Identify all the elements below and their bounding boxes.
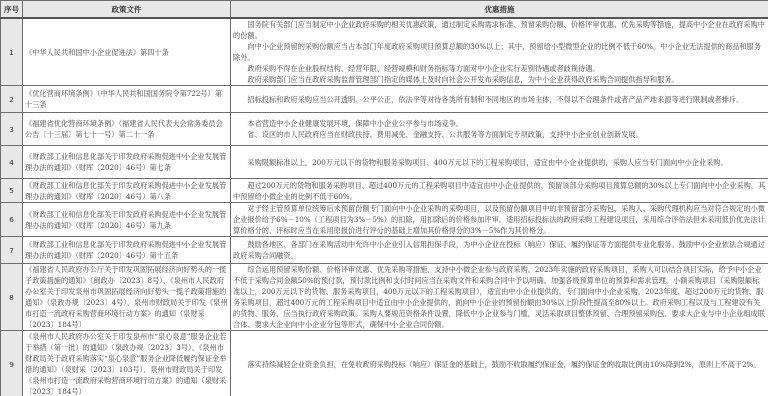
row-policy-document: 《优化营商环境条例》（中华人民共和国国务院令第722号）第十三条 xyxy=(23,86,231,113)
row-measures: 对于经主管预算单位统筹后未预留份额专门面向中小企业采购的采购项目，以及预留份额项… xyxy=(231,203,768,237)
row-measures: 落实持续减轻企业资金负担，在免收政府采购投标（响应）保证金的基础上，鼓励不收取履… xyxy=(231,331,768,396)
row-policy-document: 《福建省优化营商环境条例》（福建省人民代表大会常务委员会公告〔十三届〕第七十一号… xyxy=(23,113,231,146)
row-measures: 本省营造中小企业健康发展环境，保障中小企业公平参与市场竞争。 省、设区的市人民政… xyxy=(231,113,768,146)
row-seq: 4 xyxy=(1,146,23,179)
row-policy-document: 《中华人民共和国中小企业促进法》第四十条 xyxy=(23,18,231,86)
row-policy-document: 《福建省人民政府办公厅关于印发巩固拓展经济向好势头的一揽子政策措施的通知》（闽政… xyxy=(23,264,231,331)
table-row: 1 《中华人民共和国中小企业促进法》第四十条 国务院有关部门应当制定中小企业政府… xyxy=(1,18,768,86)
row-seq: 2 xyxy=(1,86,23,113)
row-measures: 采购限额标准以上，200万元以下的货物和服务采购项目、400万元以下的工程采购项… xyxy=(231,146,768,179)
policy-table: 序号 政策文件 优惠措施 1 《中华人民共和国中小企业促进法》第四十条 国务院有… xyxy=(0,0,768,396)
row-policy-document: 《财政部工业和信息化部关于印发政府采购促进中小企业发展管理办法的通知》（财库〔2… xyxy=(23,237,231,264)
row-policy-document: 《财政部工业和信息化部关于印发政府采购促进中小企业发展管理办法的通知》（财库〔2… xyxy=(23,146,231,179)
row-measures: 鼓励各地区、各部门在采购活动中允许中小企业引入信用担保手段，为中小企业在投标（响… xyxy=(231,237,768,264)
row-measures: 国务院有关部门应当制定中小企业政府采购的相关优惠政策，通过制定采购需求标准、预留… xyxy=(231,18,768,86)
measure-paragraph: 招标投标和政府采购应当公开透明、公平公正，依法平等对待各类所有制和不同地区的市场… xyxy=(233,94,766,105)
table-row: 2 《优化营商环境条例》（中华人民共和国国务院令第722号）第十三条 招标投标和… xyxy=(1,86,768,113)
row-seq: 1 xyxy=(1,18,23,86)
row-measures: 综合运用预留采购份额、价格评审优惠、优先采购等措施，支持中小微企业参与政府采购。… xyxy=(231,264,768,331)
table-row: 8 《福建省人民政府办公厅关于印发巩固拓展经济向好势头的一揽子政策措施的通知》（… xyxy=(1,264,768,331)
row-measures: 超过200万元的货物和服务采购项目、超过400万元的工程采购项目中适宜由中小企业… xyxy=(231,179,768,203)
row-measures: 招标投标和政府采购应当公开透明、公平公正，依法平等对待各类所有制和不同地区的市场… xyxy=(231,86,768,113)
measure-paragraph: 省、设区的市人民政府应当在财政扶持、费用减免、金融支持、公共服务等方面制定专项政… xyxy=(233,129,766,140)
table-header-row: 序号 政策文件 优惠措施 xyxy=(1,1,768,19)
header-seq: 序号 xyxy=(1,1,23,19)
table-row: 7 《财政部工业和信息化部关于印发政府采购促进中小企业发展管理办法的通知》（财库… xyxy=(1,237,768,264)
measure-paragraph: 超过200万元的货物和服务采购项目、超过400万元的工程采购项目中适宜由中小企业… xyxy=(233,180,766,202)
table-row: 3 《福建省优化营商环境条例》（福建省人民代表大会常务委员会公告〔十三届〕第七十… xyxy=(1,113,768,146)
header-policy-document: 政策文件 xyxy=(23,1,231,19)
measure-paragraph: 对于经主管预算单位统筹后未预留份额专门面向中小企业采购的采购项目，以及预留份额项… xyxy=(233,203,766,236)
row-seq: 9 xyxy=(1,331,23,396)
row-seq: 3 xyxy=(1,113,23,146)
row-policy-document: 《泉州市人民政府办公室关于印发泉州市“泉心泉意”服务企业若干举措（第一批）的通知… xyxy=(23,331,231,396)
row-seq: 5 xyxy=(1,179,23,203)
row-policy-document: 《财政部工业和信息化部关于印发政府采购促进中小企业发展管理办法的通知》（财库〔2… xyxy=(23,203,231,237)
measure-paragraph: 向中小企业预留的采购份额应当占本部门年度政府采购项目预算总额的30%以上；其中，… xyxy=(233,41,766,63)
measure-paragraph: 采购限额标准以上，200万元以下的货物和服务采购项目、400万元以下的工程采购项… xyxy=(233,157,766,168)
table-row: 5 《财政部工业和信息化部关于印发政府采购促进中小企业发展管理办法的通知》（财库… xyxy=(1,179,768,203)
measure-paragraph: 政府采购不得在企业股权结构、经营年限、经营规模和财务指标等方面对中小企业实行差别… xyxy=(233,63,766,74)
table-row: 9 《泉州市人民政府办公室关于印发泉州市“泉心泉意”服务企业若干举措（第一批）的… xyxy=(1,331,768,396)
header-preferential-measures: 优惠措施 xyxy=(231,1,768,19)
measure-paragraph: 落实持续减轻企业资金负担，在免收政府采购投标（响应）保证金的基础上，鼓励不收取履… xyxy=(233,359,766,370)
row-seq: 6 xyxy=(1,203,23,237)
measure-paragraph: 政府采购部门应当在政府采购监督管理部门指定的媒体上及时向社会公开发布采购信息，为… xyxy=(233,74,766,85)
measure-paragraph: 国务院有关部门应当制定中小企业政府采购的相关优惠政策，通过制定采购需求标准、预留… xyxy=(233,19,766,41)
row-seq: 8 xyxy=(1,264,23,331)
measure-paragraph: 本省营造中小企业健康发展环境，保障中小企业公平参与市场竞争。 xyxy=(233,118,766,129)
table-row: 4 《财政部工业和信息化部关于印发政府采购促进中小企业发展管理办法的通知》（财库… xyxy=(1,146,768,179)
measure-paragraph: 综合运用预留采购份额、价格评审优惠、优先采购等措施，支持中小微企业参与政府采购。… xyxy=(233,264,766,330)
measure-paragraph: 鼓励各地区、各部门在采购活动中允许中小企业引入信用担保手段，为中小企业在投标（响… xyxy=(233,239,766,261)
row-policy-document: 《财政部工业和信息化部关于印发政府采购促进中小企业发展管理办法的通知》（财库〔2… xyxy=(23,179,231,203)
row-seq: 7 xyxy=(1,237,23,264)
table-row: 6 《财政部工业和信息化部关于印发政府采购促进中小企业发展管理办法的通知》（财库… xyxy=(1,203,768,237)
